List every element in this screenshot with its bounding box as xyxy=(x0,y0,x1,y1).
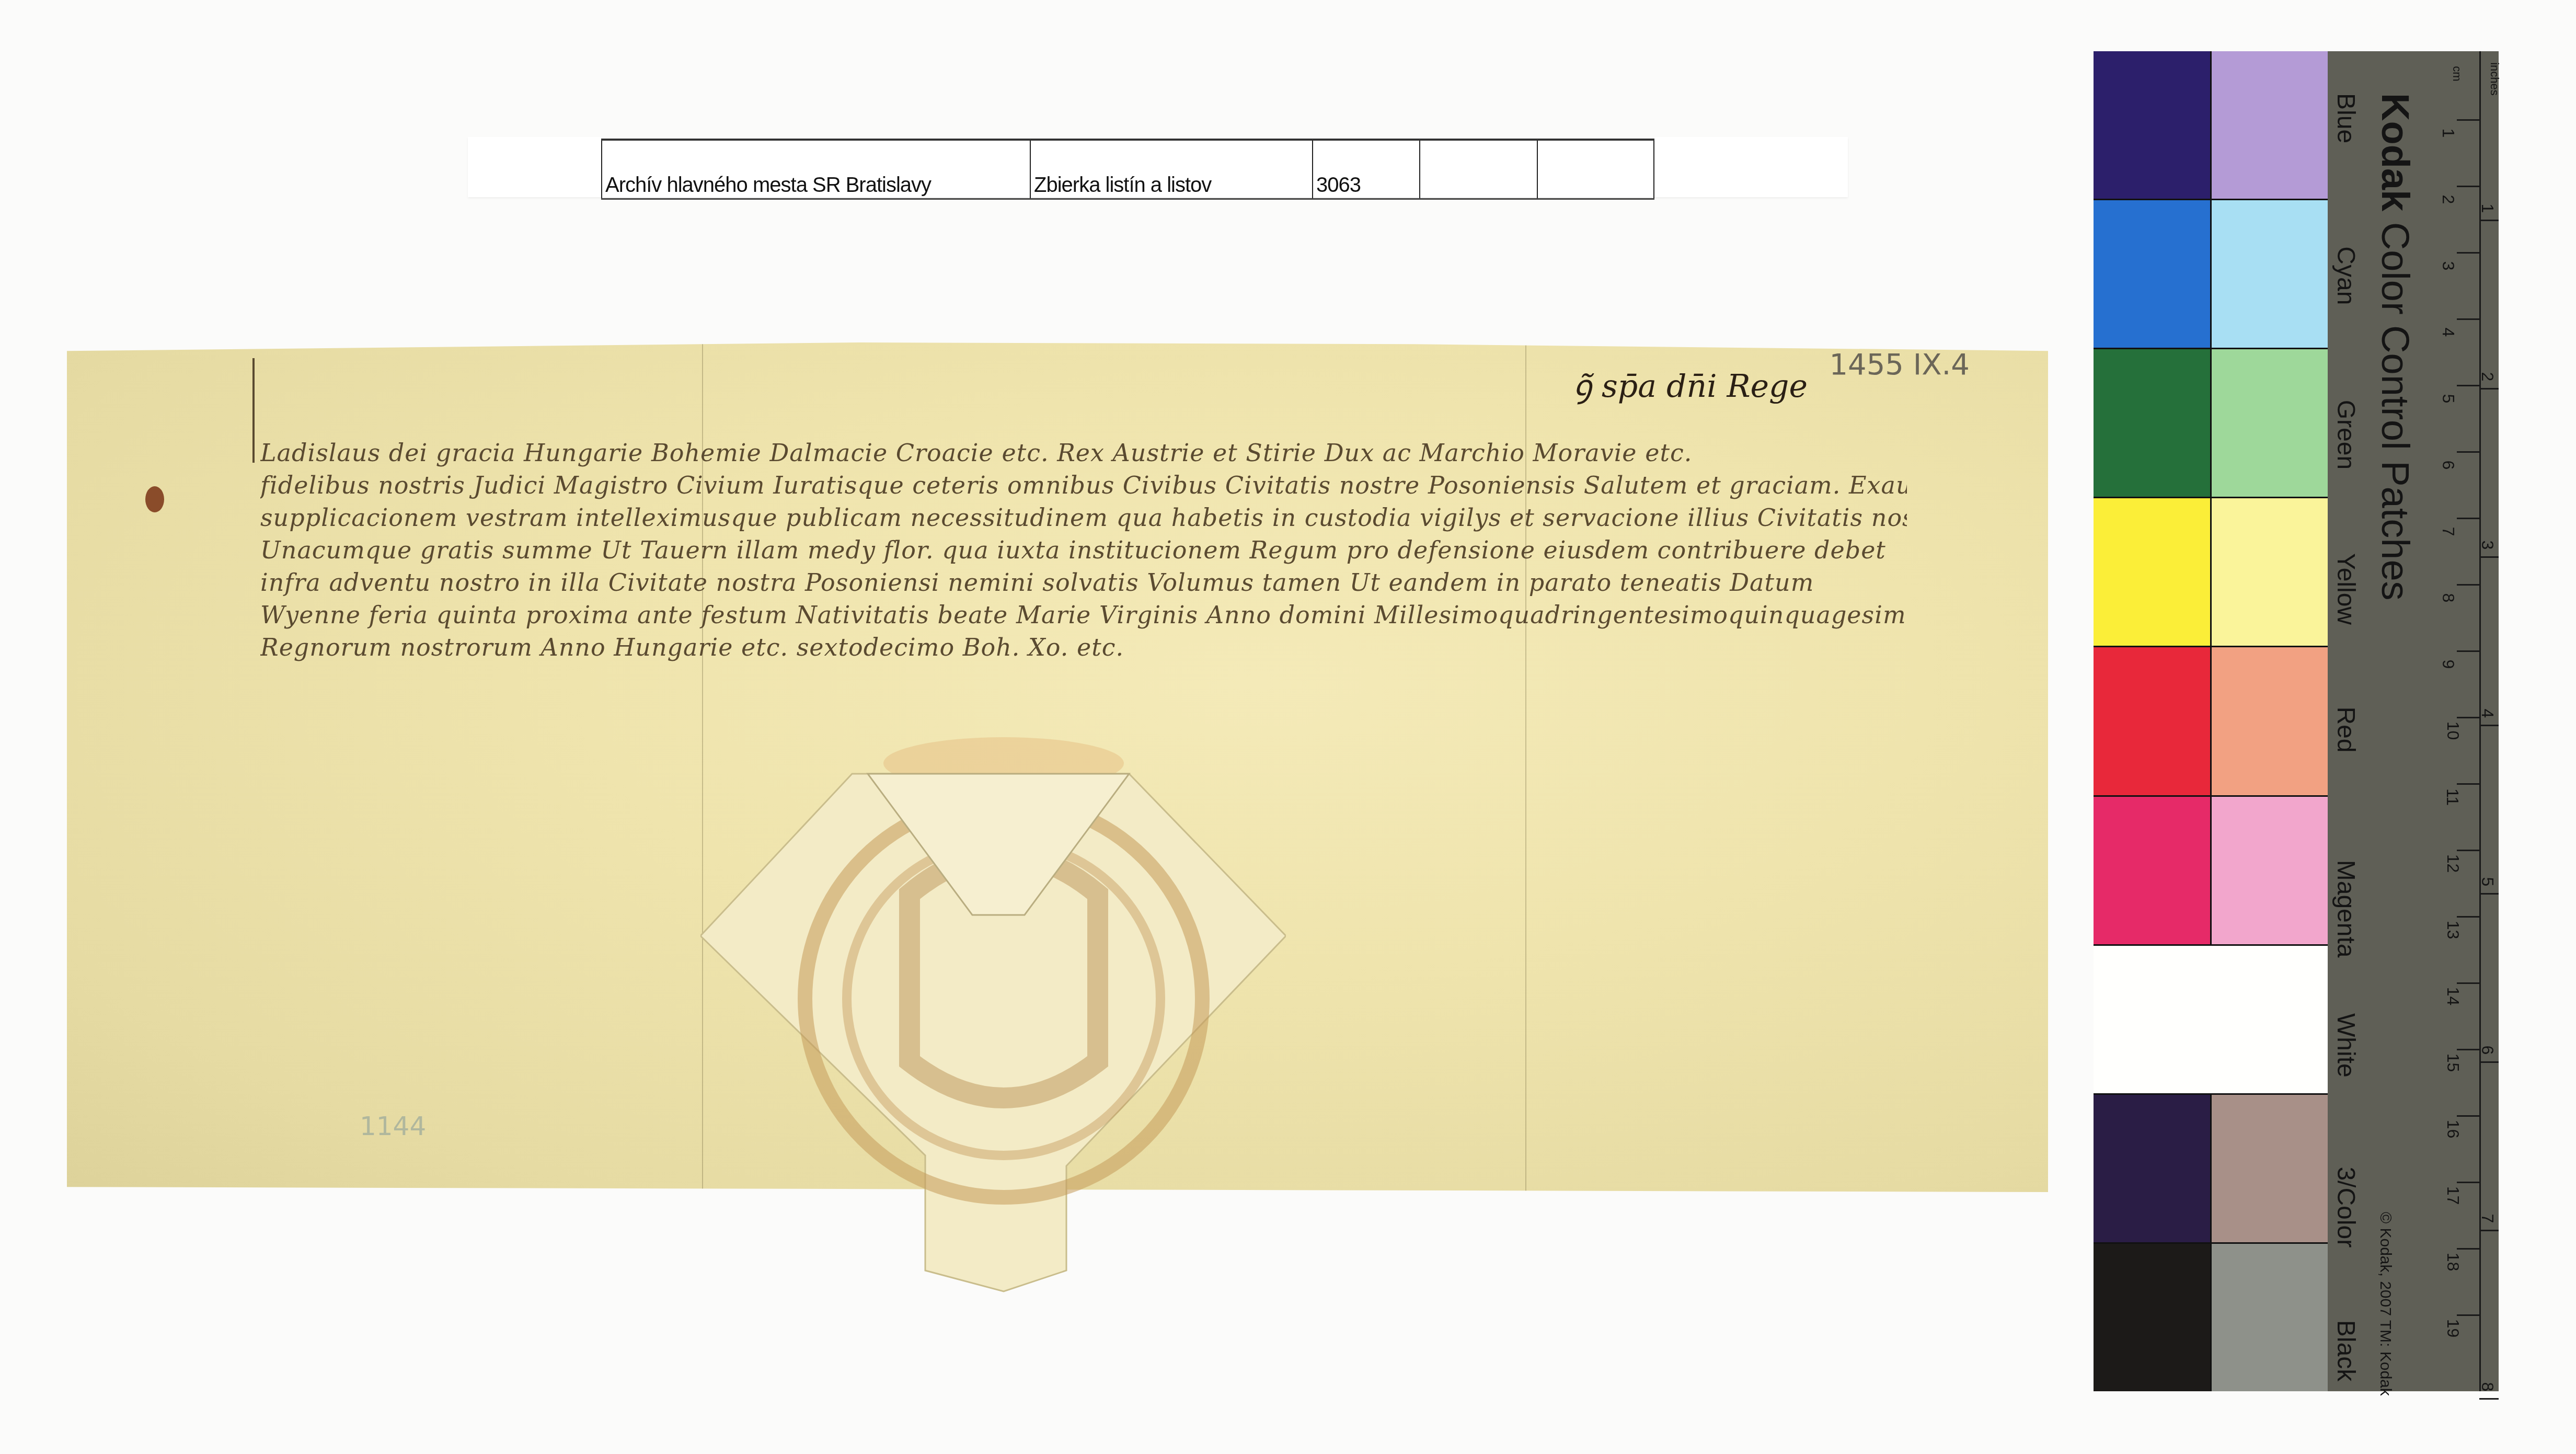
cm-tick-label: 12 xyxy=(2443,854,2463,873)
cm-tick-label: 17 xyxy=(2443,1186,2463,1205)
kodak-title: Kodak Color Control Patches xyxy=(2373,93,2418,601)
patch-green-dark xyxy=(2094,349,2210,497)
cm-tick xyxy=(2457,1248,2479,1250)
empty-cell-1 xyxy=(1419,141,1537,198)
cm-tick-label: 10 xyxy=(2443,722,2463,740)
faint-pencil-mark: 1144 xyxy=(360,1111,426,1141)
label-cyan: Cyan xyxy=(2331,246,2360,393)
cm-unit-label: cm xyxy=(2450,66,2464,81)
cm-tick-label: 8 xyxy=(2439,593,2458,603)
institution-cell: Archív hlavného mesta SR Bratislavy xyxy=(601,141,1030,198)
text-line: Unacumque gratis summe Ut Tauern illam m… xyxy=(260,534,1907,566)
patch-cyan-dark xyxy=(2094,200,2210,348)
patch-white xyxy=(2094,946,2328,1093)
cm-tick xyxy=(2457,119,2479,121)
inch-tick xyxy=(2479,893,2499,895)
kodak-color-chart: Kodak Color Control Patches Blue Cyan Gr… xyxy=(2094,51,2499,1391)
archive-label-table: Archív hlavného mesta SR Bratislavy Zbie… xyxy=(601,139,1654,200)
initial-letter-L xyxy=(252,358,255,463)
inch-tick-label: 5 xyxy=(2478,877,2497,887)
text-line: Ladislaus dei gracia Hungarie Bohemie Da… xyxy=(260,437,1907,469)
inch-tick-label: 3 xyxy=(2478,541,2497,550)
color-patch-grid xyxy=(2094,51,2328,1391)
cm-tick xyxy=(2457,252,2479,254)
text-line: supplicacionem vestram intelleximusque p… xyxy=(260,501,1907,534)
inch-tick-label: 2 xyxy=(2478,372,2497,382)
inch-tick xyxy=(2479,1230,2499,1231)
patch-yellow-dark xyxy=(2094,498,2210,646)
label-yellow: Yellow xyxy=(2331,553,2360,700)
cm-tick xyxy=(2457,518,2479,519)
label-magenta: Magenta xyxy=(2331,860,2360,1006)
cm-tick-label: 3 xyxy=(2439,261,2458,271)
inch-tick xyxy=(2479,220,2499,221)
inch-tick-label: 6 xyxy=(2478,1046,2497,1055)
empty-cell-2 xyxy=(1537,141,1654,198)
cm-tick-label: 14 xyxy=(2443,987,2463,1006)
label-white: White xyxy=(2331,1013,2360,1160)
patch-red-light xyxy=(2212,647,2328,795)
seal-flap xyxy=(700,737,1286,1312)
pencil-date-annotation: 1455 IX.4 xyxy=(1829,348,1970,382)
cm-tick-label: 15 xyxy=(2443,1054,2463,1072)
text-line: fidelibus nostris Judici Magistro Civium… xyxy=(260,469,1907,501)
text-line: Regnorum nostrorum Anno Hungarie etc. se… xyxy=(260,631,1907,663)
patch-red-dark xyxy=(2094,647,2210,795)
cm-tick xyxy=(2457,982,2479,984)
patch-green-light xyxy=(2212,349,2328,497)
patch-blue-light xyxy=(2212,51,2328,199)
inch-tick-label: 8 xyxy=(2478,1382,2497,1392)
collection-cell: Zbierka listín a listov xyxy=(1030,141,1312,198)
patch-3color-dark xyxy=(2094,1095,2210,1242)
kodak-brand: Kodak xyxy=(2374,93,2417,211)
wax-stain xyxy=(145,486,164,512)
inch-unit-label: inches xyxy=(2488,62,2501,96)
cm-tick-label: 2 xyxy=(2439,195,2458,204)
inch-tick-label: 1 xyxy=(2478,204,2497,213)
label-red: Red xyxy=(2331,706,2360,853)
cm-tick-label: 18 xyxy=(2443,1253,2463,1272)
inch-tick xyxy=(2479,556,2499,558)
cm-tick xyxy=(2457,650,2479,652)
item-number-cell: 3063 xyxy=(1312,141,1419,198)
patch-labels: Blue Cyan Green Yellow Red Magenta White… xyxy=(2331,93,2360,1425)
label-blue: Blue xyxy=(2331,93,2360,239)
cm-tick-label: 7 xyxy=(2439,527,2458,536)
cm-tick xyxy=(2457,916,2479,918)
patch-black-light xyxy=(2212,1244,2328,1391)
patch-3color-light xyxy=(2212,1095,2328,1242)
cm-tick xyxy=(2457,850,2479,851)
cm-tick-label: 19 xyxy=(2443,1319,2463,1338)
patch-magenta-light xyxy=(2212,797,2328,944)
measurement-scale: cm inches 123456789101112131415161718191… xyxy=(2433,51,2499,1391)
cm-tick-label: 1 xyxy=(2439,129,2458,138)
cm-tick xyxy=(2457,1182,2479,1183)
inch-tick xyxy=(2479,388,2499,390)
ruler-strip: Kodak Color Control Patches Blue Cyan Gr… xyxy=(2329,51,2499,1391)
patch-black-dark xyxy=(2094,1244,2210,1391)
charter-text: Ladislaus dei gracia Hungarie Bohemie Da… xyxy=(260,437,1907,663)
cm-tick xyxy=(2457,584,2479,586)
copyright-text: © Kodak, 2007 TM: Kodak xyxy=(2376,1212,2394,1396)
patch-cyan-light xyxy=(2212,200,2328,348)
cm-tick xyxy=(2457,1115,2479,1117)
inch-tick-label: 4 xyxy=(2478,709,2497,718)
patch-blue-dark xyxy=(2094,51,2210,199)
chart-title: Color Control Patches xyxy=(2374,222,2417,601)
label-green: Green xyxy=(2331,400,2360,546)
cm-tick-label: 9 xyxy=(2439,660,2458,669)
seal-icon xyxy=(700,737,1286,1312)
cm-tick xyxy=(2457,1314,2479,1316)
cm-tick xyxy=(2457,385,2479,386)
cm-tick-label: 5 xyxy=(2439,394,2458,404)
cm-tick xyxy=(2457,451,2479,453)
inch-tick-label: 7 xyxy=(2478,1214,2497,1223)
cm-tick-label: 11 xyxy=(2443,788,2462,806)
label-black: Black xyxy=(2331,1320,2360,1425)
cm-tick-label: 16 xyxy=(2443,1120,2463,1139)
cm-tick xyxy=(2457,186,2479,187)
label-3color: 3/Color xyxy=(2331,1166,2360,1313)
cm-tick-label: 4 xyxy=(2439,328,2458,337)
cm-tick-label: 13 xyxy=(2443,921,2463,940)
text-line: infra adventu nostro in illa Civitate no… xyxy=(260,566,1907,599)
patch-magenta-dark xyxy=(2094,797,2210,944)
cm-tick xyxy=(2457,717,2479,718)
inch-tick xyxy=(2479,1398,2499,1400)
inch-tick xyxy=(2479,725,2499,726)
cm-tick xyxy=(2457,318,2479,320)
scale-baseline xyxy=(2479,51,2481,1391)
patch-yellow-light xyxy=(2212,498,2328,646)
royal-endorsement: ꝯ̃ sp̄a dn̄i Rege xyxy=(1573,363,1808,406)
cm-tick-label: 6 xyxy=(2439,461,2458,470)
cm-tick xyxy=(2457,783,2479,785)
cm-tick xyxy=(2457,1049,2479,1050)
inch-tick xyxy=(2479,1061,2499,1063)
text-line: Wyenne feria quinta proxima ante festum … xyxy=(260,599,1907,631)
